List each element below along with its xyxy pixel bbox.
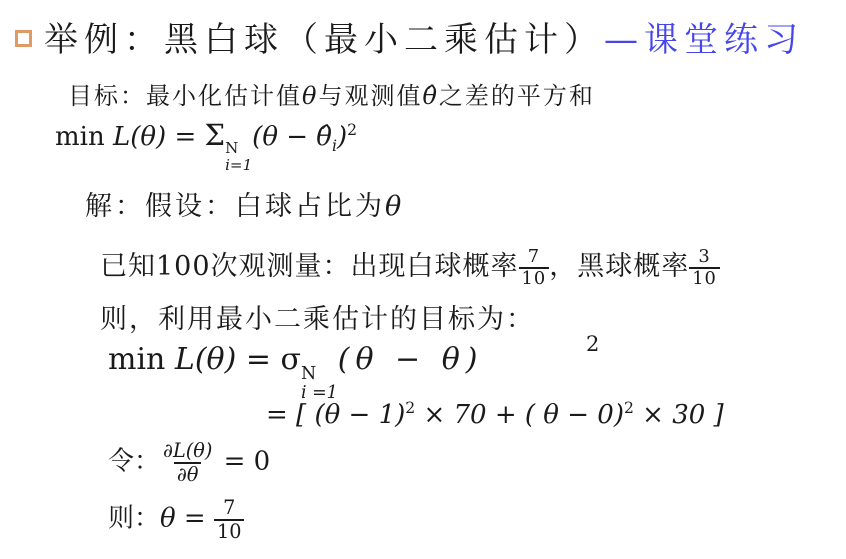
formula1-min: min — [55, 122, 113, 152]
solution-theta: θ — [385, 191, 404, 222]
formula1-sup: N — [225, 140, 238, 157]
slide: 举例：黑白球（最小二乘估计）—课堂练习 目标：最小化估计值θ与观测值θ̂之差的平… — [0, 0, 846, 559]
result-numerator: 7 — [220, 497, 238, 519]
formula2-power: 2 — [586, 332, 599, 356]
frac2-numerator: 3 — [695, 247, 713, 267]
formula2-min: min — [108, 342, 175, 377]
slide-title: 举例：黑白球（最小二乘估计）—课堂练习 — [44, 12, 804, 61]
sigma-icon: σ — [281, 342, 301, 377]
deriv-rhs: = 0 — [215, 447, 270, 477]
formula2-limits: Ni =1 — [301, 365, 338, 404]
frac2-denominator: 10 — [689, 267, 720, 289]
goal-theta-hat: θ̂ — [422, 82, 438, 110]
goal-pre: 目标：最小化估计值 — [68, 82, 302, 110]
formula2-term: (θ − θ) — [338, 342, 484, 377]
white-ball-probability-fraction: 710 — [519, 247, 550, 289]
frac1-denominator: 10 — [519, 267, 550, 289]
formula1-term-close: ) — [337, 122, 347, 152]
title-text: 举例：黑白球（最小二乘估计） — [44, 20, 604, 60]
deriv-label: 令： — [108, 447, 160, 477]
formula2-lhs: L(θ) = — [175, 342, 281, 377]
formula1-term: (θ − θ̂ — [252, 122, 332, 152]
loss-formula: min L(θ) = ΣNi=1(θ − θ̂i)2 — [55, 118, 357, 174]
title-highlight: —课堂练习 — [604, 20, 804, 60]
result-fraction: 710 — [214, 497, 244, 542]
goal-theta: θ — [302, 82, 318, 110]
black-ball-probability-fraction: 310 — [689, 247, 720, 289]
formula2b-end: × 30 ] — [634, 400, 724, 430]
formula2b-pow2: 2 — [624, 399, 634, 417]
formula1-power: 2 — [347, 121, 357, 139]
formula1-lhs: L(θ) = — [113, 122, 205, 152]
formula2b-eq: = [ (θ − 1) — [266, 400, 405, 430]
goal-statement: 目标：最小化估计值θ与观测值θ̂之差的平方和 — [68, 76, 595, 111]
formula2-sup: N — [301, 365, 316, 384]
formula1-limits: Ni=1 — [225, 140, 252, 174]
obs-pre: 已知100次观测量：出现白球概率 — [100, 251, 519, 282]
observation-statement: 已知100次观测量：出现白球概率710，黑球概率310 — [100, 244, 720, 288]
sigma-sum-icon: Σ — [205, 118, 226, 152]
obs-mid: ，黑球概率 — [549, 251, 689, 282]
result-lhs: θ = — [160, 504, 214, 534]
solution-pre: 解：假设：白球占比为 — [85, 191, 385, 222]
frac1-numerator: 7 — [525, 247, 543, 267]
objective-formula-line1: min L(θ) = σNi =1(θ − θ)2 — [108, 342, 483, 404]
goal-post: 之差的平方和 — [439, 82, 595, 110]
result-statement: 则：θ = 710 — [108, 497, 244, 542]
result-label: 则： — [108, 504, 160, 534]
derivative-condition: 令：∂L(θ)∂θ = 0 — [108, 440, 270, 485]
result-denominator: 10 — [214, 519, 244, 543]
deriv-numerator: ∂L(θ) — [160, 440, 215, 462]
objective-intro-text: 则，利用最小二乘估计的目标为： — [100, 304, 535, 335]
formula2b-pow1: 2 — [405, 399, 415, 417]
deriv-denominator: ∂θ — [174, 462, 202, 486]
goal-mid: 与观测值 — [318, 82, 422, 110]
title-bullet-square — [15, 30, 32, 47]
partial-derivative-fraction: ∂L(θ)∂θ — [160, 440, 215, 485]
objective-formula-wrap: min L(θ) = σNi =1(θ − θ)2 — [108, 342, 483, 404]
solution-assumption: 解：假设：白球占比为θ — [85, 184, 404, 223]
formula2b-mid: × 70 + ( θ − 0) — [415, 400, 624, 430]
objective-intro: 则，利用最小二乘估计的目标为： — [100, 297, 535, 336]
formula1-sub: i=1 — [225, 157, 252, 174]
objective-formula-line2: = [ (θ − 1)2 × 70 + ( θ − 0)2 × 30 ] — [266, 399, 724, 430]
